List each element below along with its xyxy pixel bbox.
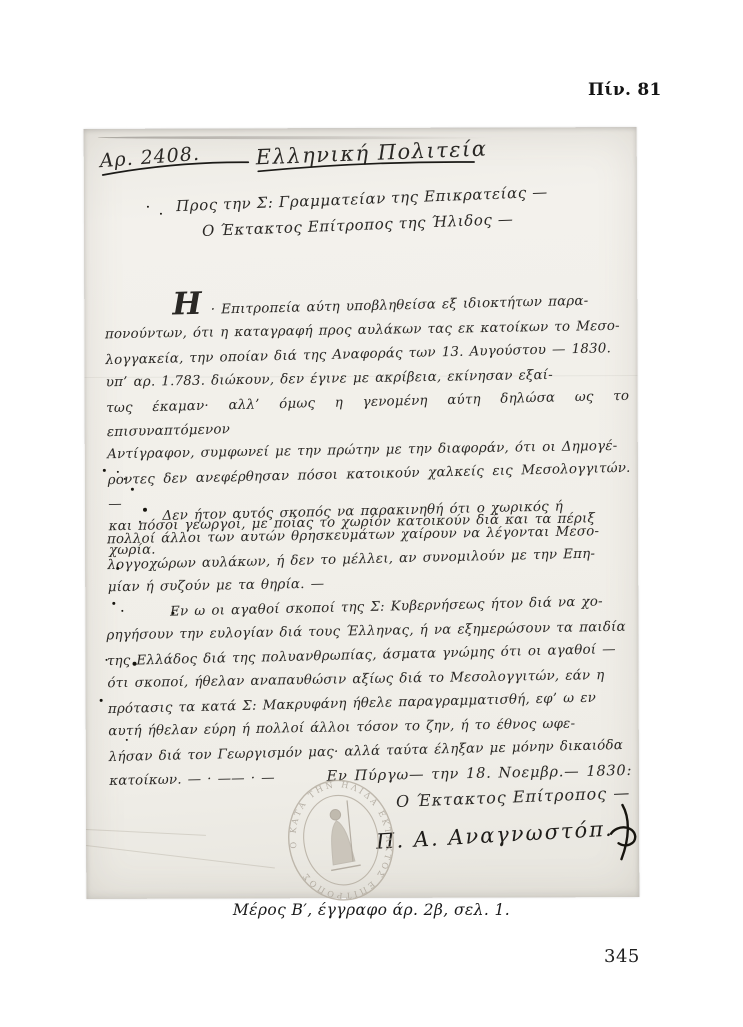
- document-number: Αρ. 2408.: [99, 139, 251, 177]
- margin-ink-dot: [116, 567, 119, 570]
- page-number: 345: [604, 946, 640, 967]
- seal-standing-figure-icon: [319, 800, 360, 870]
- margin-ink-dot: [106, 659, 108, 661]
- official-seal: Ο ΚΑΤΑ ΤΗΝ ΗΛΙΔΑ ΕΚΤΑΚΤΟΣ ΕΠΙΤΡΟΠΟΣ: [274, 767, 410, 915]
- margin-ink-dot: [124, 478, 126, 480]
- margin-ink-dot: [112, 602, 115, 605]
- margin-ink-dot: [126, 739, 128, 741]
- caption: Μέρος Β′, έγγραφο άρ. 2β, σελ. 1.: [0, 901, 743, 919]
- paragraph: Εν ω οι αγαθοί σκοποί της Σ: Κυβερνήσεως…: [106, 591, 633, 794]
- margin-ink-dot: [147, 206, 149, 208]
- closing-marks: κατοίκων. — · —— · —: [109, 767, 275, 794]
- margin-ink-dot: [117, 471, 119, 473]
- fold-line: [86, 845, 275, 868]
- book-page: Πίν. 81 Αρ. 2408. Ελληνική Πολιτεία Προς…: [0, 0, 743, 1027]
- signature-flourish-icon: [606, 802, 639, 862]
- plate-label: Πίν. 81: [588, 80, 662, 100]
- margin-ink-dot: [103, 469, 106, 472]
- margin-ink-dot: [171, 612, 174, 615]
- signature-text: Π. Α. Αναγνωστόπ.: [375, 817, 614, 854]
- margin-ink-dot: [100, 699, 103, 702]
- margin-ink-dot: [139, 521, 141, 523]
- margin-ink-dot: [121, 610, 123, 612]
- signature: Π. Α. Αναγνωστόπ.: [375, 802, 640, 875]
- fold-line: [86, 829, 206, 836]
- paragraph: Δεν ήτον αυτός σκοπός να παρακινηθή ότι …: [106, 495, 631, 601]
- margin-ink-dot: [131, 488, 134, 491]
- margin-ink-dot: [133, 662, 137, 666]
- address-line: Ο Έκτακτος Επίτροπος της Ήλιδος —: [202, 210, 514, 240]
- margin-ink-dot: [143, 508, 147, 512]
- letter-title: Ελληνική Πολιτεία: [255, 137, 488, 175]
- margin-ink-dot: [160, 213, 162, 215]
- letter-scan: Αρ. 2408. Ελληνική Πολιτεία Προς την Σ: …: [84, 127, 640, 899]
